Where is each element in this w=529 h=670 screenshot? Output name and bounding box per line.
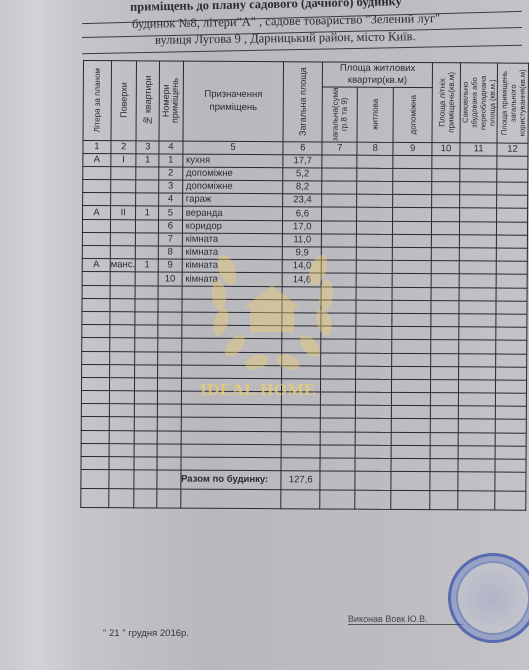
total-label: Разом по будинку: [181, 470, 282, 490]
official-seal-icon [448, 553, 529, 643]
cell-empty [496, 248, 527, 261]
col-num: 8 [357, 142, 393, 155]
col-header-total-area: Загальна площа [283, 62, 322, 142]
cell-empty [460, 156, 497, 169]
cell-purpose: гараж [182, 193, 283, 207]
cell-room-number: 9 [158, 259, 182, 272]
cell-empty [322, 234, 357, 247]
cell-apartment: 1 [136, 154, 159, 167]
cell-empty [357, 221, 393, 234]
cell-empty [431, 274, 459, 287]
cell-empty [431, 221, 459, 234]
cell-empty [393, 195, 432, 208]
cell-empty [497, 182, 528, 195]
cell-purpose: кімната [182, 233, 283, 247]
cell-empty [460, 221, 497, 234]
cell-empty [393, 234, 432, 247]
cell-total-area: 5,2 [283, 168, 322, 181]
cell-litera [82, 232, 110, 245]
cell-empty [431, 248, 459, 261]
cell-purpose: кімната [182, 259, 283, 273]
total-area: 127,6 [281, 471, 320, 490]
cell-apartment [136, 180, 159, 193]
cell-purpose: коридор [182, 220, 283, 234]
cell-litera: А [82, 259, 110, 272]
cell-empty [496, 261, 527, 274]
cell-empty [357, 208, 393, 221]
col-header-living-total: загальна(сума гр.8 та 9) [322, 87, 358, 142]
cell-room-number: 4 [159, 193, 183, 206]
cell-apartment: 1 [136, 206, 159, 219]
col-header-purpose: Призначення приміщень [183, 61, 284, 141]
col-num: 4 [159, 141, 183, 154]
col-header-common-area: Площа приміщень загального користування(… [497, 63, 528, 143]
cell-empty [432, 169, 460, 182]
document-date: " 21 " грудня 2016р. [103, 628, 189, 639]
cell-purpose: допоміжне [182, 180, 283, 194]
cell-empty [393, 247, 432, 260]
header-line-3: вулиця Лугова 9 , Дарницький район, міст… [155, 29, 416, 48]
cell-floor [111, 167, 137, 180]
cell-empty [497, 222, 528, 235]
cell-litera: А [83, 153, 111, 166]
cell-empty [393, 168, 432, 181]
col-header-litera: Літера за планом [83, 61, 111, 141]
cell-empty [393, 182, 432, 195]
col-num: 6 [283, 141, 322, 154]
cell-total-area: 9,9 [283, 247, 322, 260]
cell-empty [432, 182, 460, 195]
cell-empty [459, 261, 496, 274]
cell-empty [460, 195, 497, 208]
cell-empty [322, 207, 357, 220]
cell-apartment [136, 219, 159, 232]
cell-room-number: 10 [158, 272, 182, 285]
cell-apartment [136, 167, 159, 180]
cell-room-number: 6 [159, 220, 183, 233]
cell-floor [110, 246, 136, 259]
cell-empty [322, 181, 357, 194]
cell-empty [497, 235, 528, 248]
cell-floor [111, 180, 137, 193]
col-num: 10 [432, 142, 460, 155]
cell-empty [322, 168, 357, 181]
cell-empty [357, 247, 393, 260]
cell-empty [357, 260, 393, 273]
rooms-table: Літера за планом Поверхи № квартири Номе… [80, 60, 529, 511]
cell-empty [431, 234, 459, 247]
executor-signature: Виконав Вовк Ю.В. [348, 614, 464, 625]
header-rule-3 [82, 45, 522, 54]
cell-empty [393, 155, 432, 168]
cell-total-area: 6,6 [283, 207, 322, 220]
cell-total-area: 11,0 [283, 234, 322, 247]
cell-floor [111, 193, 137, 206]
document-page: приміщень до плану садового (дачного) бу… [0, 0, 529, 670]
cell-empty [496, 274, 527, 287]
col-header-room-numbers: Номери приміщень [159, 61, 183, 141]
cell-apartment [136, 272, 159, 285]
col-header-summer-area: Площа літніх приміщень(кв.м) [432, 63, 461, 143]
cell-litera [82, 219, 110, 232]
cell-total-area: 23,4 [283, 194, 322, 207]
cell-empty [322, 194, 357, 207]
cell-purpose: кухня [183, 154, 284, 168]
cell-empty [322, 155, 357, 168]
cell-empty [392, 261, 431, 274]
col-header-living: житлова [357, 87, 393, 142]
col-header-unauthorized-area: Самовільно збудована або переобладнана п… [460, 63, 497, 143]
cell-purpose: кімната [182, 273, 283, 287]
cell-room-number: 7 [158, 233, 182, 246]
cell-empty [357, 194, 393, 207]
cell-empty [460, 208, 497, 221]
cell-apartment [136, 233, 159, 246]
cell-floor [110, 219, 136, 232]
cell-floor [110, 272, 136, 285]
cell-empty [321, 260, 356, 273]
cell-empty [460, 235, 497, 248]
data-rows: АI11кухня17,72допоміжне5,23допоміжне8,24… [82, 153, 528, 288]
cell-empty [357, 234, 393, 247]
cell-total-area: 8,2 [283, 181, 322, 194]
cell-empty [432, 155, 460, 168]
cell-empty [497, 156, 528, 169]
cell-apartment: 1 [136, 259, 159, 272]
col-header-floors: Поверхи [111, 61, 137, 141]
col-num: 7 [322, 142, 357, 155]
cell-purpose: веранда [182, 207, 283, 221]
cell-empty [321, 247, 356, 260]
cell-room-number: 1 [159, 154, 183, 167]
cell-total-area: 17,7 [283, 154, 322, 167]
cell-empty [357, 274, 393, 287]
cell-floor: манс. [110, 259, 136, 272]
cell-empty [497, 195, 528, 208]
cell-empty [431, 261, 459, 274]
cell-empty [432, 195, 460, 208]
empty-rows [81, 285, 527, 472]
cell-apartment [136, 246, 159, 259]
watermark-text: IDEAL HOME [200, 380, 316, 400]
col-num: 5 [183, 141, 284, 155]
cell-empty [392, 274, 431, 287]
cell-room-number: 2 [159, 167, 183, 180]
col-num: 3 [136, 140, 159, 153]
cell-floor: I [111, 153, 137, 166]
cell-empty [497, 209, 528, 222]
cell-empty [460, 169, 497, 182]
cell-empty [497, 169, 528, 182]
cell-room-number: 5 [159, 206, 183, 219]
cell-empty [460, 182, 497, 195]
cell-empty [357, 155, 393, 168]
cell-total-area: 14,6 [283, 273, 322, 286]
cell-empty [393, 208, 432, 221]
cell-litera: А [83, 206, 111, 219]
cell-purpose: допоміжне [182, 167, 283, 181]
col-num: 11 [460, 142, 497, 155]
cell-floor: II [111, 206, 137, 219]
col-header-living-group: Площа житлових квартир(кв.м) [323, 62, 433, 88]
col-header-auxiliary: допоміжна [393, 87, 432, 142]
cell-room-number: 3 [159, 180, 183, 193]
trailing-row [81, 489, 526, 511]
cell-empty [459, 274, 496, 287]
cell-purpose: кімната [182, 246, 283, 260]
cell-empty [393, 221, 432, 234]
col-num: 2 [111, 140, 137, 153]
cell-litera [82, 246, 110, 259]
cell-litera [82, 272, 110, 285]
cell-litera [83, 166, 111, 179]
cell-litera [83, 193, 111, 206]
cell-empty [357, 181, 393, 194]
col-num: 12 [497, 143, 528, 156]
col-num: 1 [83, 140, 111, 153]
col-header-apartment: № квартири [136, 61, 159, 141]
cell-floor [110, 233, 136, 246]
cell-total-area: 17,0 [283, 220, 322, 233]
cell-empty [357, 168, 393, 181]
cell-empty [322, 221, 357, 234]
cell-empty [432, 208, 460, 221]
cell-apartment [136, 193, 159, 206]
col-num: 9 [393, 142, 432, 155]
cell-total-area: 14,0 [283, 260, 322, 273]
cell-empty [459, 248, 496, 261]
cell-empty [321, 273, 356, 286]
cell-room-number: 8 [158, 246, 182, 259]
cell-litera [83, 180, 111, 193]
